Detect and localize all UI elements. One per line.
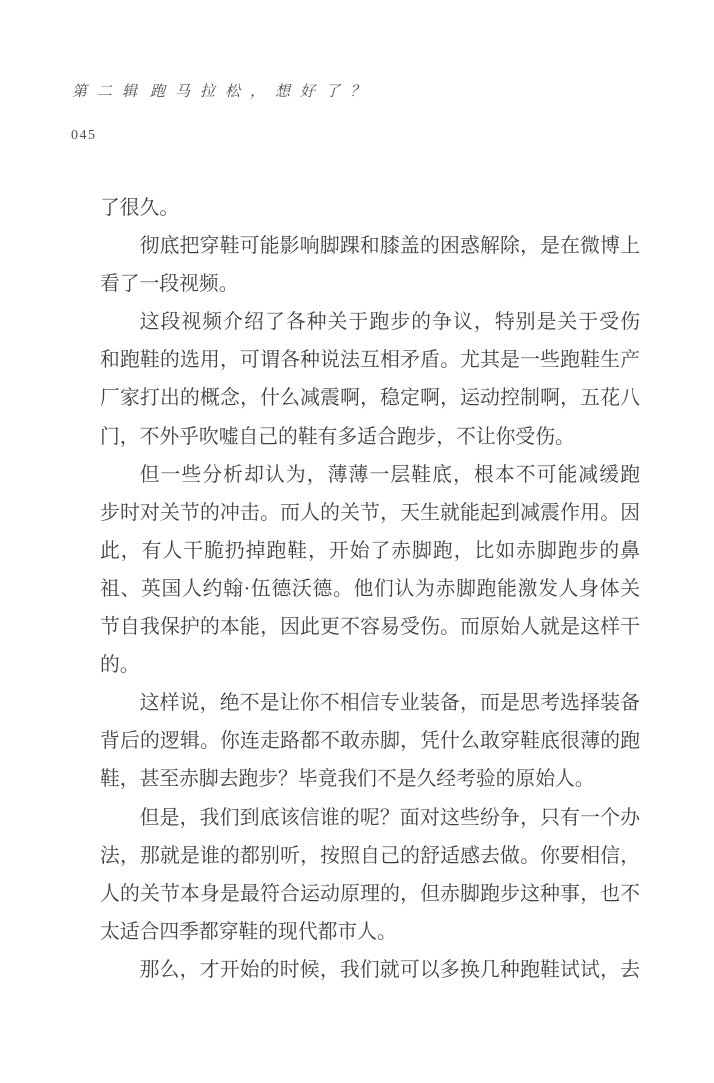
text-line: 和跑鞋的选用，可谓各种说法互相矛盾。尤其是一些跑鞋生产 [100,341,640,379]
running-header-title: 跑马拉松，想好了？ [150,84,375,100]
text-line: 人的关节本身是最符合运动原理的，但赤脚跑步这种事，也不 [100,875,640,913]
text-line: 的。 [100,646,640,684]
text-line: 看了一段视频。 [100,265,640,303]
text-line: 门，不外乎吹嘘自己的鞋有多适合跑步，不让你受伤。 [100,418,640,456]
text-line: 步时对关节的冲击。而人的关节，天生就能起到减震作用。因 [100,494,640,532]
text-line: 背后的逻辑。你连走路都不敢赤脚，凭什么敢穿鞋底很薄的跑 [100,722,640,760]
text-line: 这段视频介绍了各种关于跑步的争议，特别是关于受伤 [100,303,640,341]
running-header-section: 第二辑 [72,84,147,100]
body-text: 了很久。彻底把穿鞋可能影响脚踝和膝盖的困惑解除，是在微博上看了一段视频。这段视频… [100,189,640,989]
text-line: 鞋，甚至赤脚去跑步？毕竟我们不是久经考验的原始人。 [100,760,640,798]
text-line: 但是，我们到底该信谁的呢？面对这些纷争，只有一个办 [100,799,640,837]
page-number: 045 [71,128,97,144]
text-line: 彻底把穿鞋可能影响脚踝和膝盖的困惑解除，是在微博上 [100,227,640,265]
text-line: 法，那就是谁的都别听，按照自己的舒适感去做。你要相信， [100,837,640,875]
text-line: 了很久。 [100,189,640,227]
book-page: 第二辑跑马拉松，想好了？ 045 了很久。彻底把穿鞋可能影响脚踝和膝盖的困惑解除… [0,0,714,1083]
text-line: 那么，才开始的时候，我们就可以多换几种跑鞋试试，去 [100,951,640,989]
text-line: 太适合四季都穿鞋的现代都市人。 [100,913,640,951]
text-line: 厂家打出的概念，什么减震啊，稳定啊，运动控制啊，五花八 [100,379,640,417]
text-line: 祖、英国人约翰·伍德沃德。他们认为赤脚跑能激发人身体关 [100,570,640,608]
text-line: 此，有人干脆扔掉跑鞋，开始了赤脚跑，比如赤脚跑步的鼻 [100,532,640,570]
text-line: 这样说，绝不是让你不相信专业装备，而是思考选择装备 [100,684,640,722]
text-line: 但一些分析却认为，薄薄一层鞋底，根本不可能减缓跑 [100,456,640,494]
text-line: 节自我保护的本能，因此更不容易受伤。而原始人就是这样干 [100,608,640,646]
running-header: 第二辑跑马拉松，想好了？ [72,80,375,101]
